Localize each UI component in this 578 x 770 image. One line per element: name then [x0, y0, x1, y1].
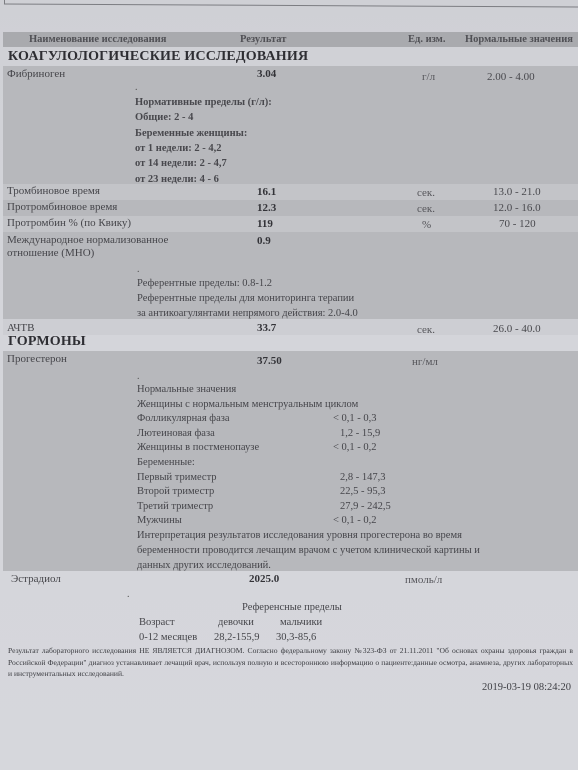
reference-note-line: Общие: 2 - 4: [135, 111, 193, 124]
test-result: 2025.0: [249, 573, 279, 586]
reference-note-line: Беременные женщины:: [135, 127, 247, 140]
ref-table-header: мальчики: [280, 616, 322, 629]
test-name: Эстрадиол: [11, 573, 61, 586]
header-result: Результат: [240, 33, 286, 46]
test-result: 16.1: [257, 186, 276, 199]
test-unit: нг/мл: [412, 356, 438, 369]
test-name: Фибриноген: [7, 68, 65, 81]
test-norm: 70 - 120: [499, 218, 536, 231]
reference-note-line: Нормативные пределы (г/л):: [135, 96, 272, 109]
test-name: Тромбиновое время: [7, 185, 100, 198]
test-unit: сек.: [417, 203, 435, 216]
estradiol-ref-title: Референсные пределы: [242, 601, 342, 614]
header-name: Наименование исследования: [29, 33, 166, 46]
reference-label: Второй триместр: [137, 485, 214, 498]
reference-value: < 0,1 - 0,2: [333, 514, 377, 527]
reference-label: Третий триместр: [137, 500, 213, 513]
ref-table-header: Возраст: [139, 616, 175, 629]
reference-value: 22,5 - 95,3: [340, 485, 386, 498]
reference-label: Беременные:: [137, 456, 195, 469]
reference-value: 2,8 - 147,3: [340, 471, 386, 484]
section-title-coagulology: КОАГУЛОЛОГИЧЕСКИЕ ИССЛЕДОВАНИЯ: [8, 49, 308, 65]
test-unit: пмоль/л: [405, 574, 442, 587]
reference-label: Фолликулярная фаза: [137, 412, 230, 425]
report-timestamp: 2019-03-19 08:24:20: [482, 682, 571, 693]
row-aptt: АЧТВ 33.7 сек. 26.0 - 40.0: [3, 319, 578, 335]
interpretation-line: беременности проводится лечащим врачом с…: [137, 544, 480, 557]
test-result: 0.9: [257, 235, 271, 248]
row-prothrombin-time: Протромбиновое время 12.3 сек. 12.0 - 16…: [3, 200, 578, 216]
test-norm: 12.0 - 16.0: [493, 202, 541, 215]
reference-label: Первый триместр: [137, 471, 217, 484]
reference-value: < 0,1 - 0,3: [333, 412, 377, 425]
reference-value: 1,2 - 15,9: [340, 427, 380, 440]
footer-disclaimer: Результат лабораторного исследования НЕ …: [8, 645, 573, 680]
test-norm: 13.0 - 21.0: [493, 186, 541, 199]
test-unit: сек.: [417, 324, 435, 337]
ref-table-cell: 0-12 месяцев: [139, 631, 197, 644]
test-name: Протромбин % (по Квику): [7, 217, 131, 230]
header-norm: Нормальные значения: [465, 33, 573, 46]
test-unit: г/л: [422, 71, 435, 84]
reference-label: Лютеиновая фаза: [137, 427, 215, 440]
test-norm: 2.00 - 4.00: [487, 71, 535, 84]
reference-note-line: от 14 недели: 2 - 4,7: [135, 157, 227, 170]
lab-report-page: Наименование исследования Результат Ед. …: [0, 0, 578, 770]
top-frame-border: [4, 0, 578, 8]
ref-table-cell: 28,2-155,9: [214, 631, 260, 644]
test-unit: сек.: [417, 187, 435, 200]
row-progesterone: Прогестерон 37.50 нг/мл . Нормальные зна…: [3, 351, 578, 571]
reference-label: Женщины в постменопаузе: [137, 441, 259, 454]
test-name-line1: Международное нормализованное: [7, 234, 168, 247]
test-unit: %: [422, 219, 431, 232]
header-unit: Ед. изм.: [408, 33, 445, 46]
reference-label: Нормальные значения: [137, 383, 236, 396]
interpretation-line: Интерпретация результатов исследования у…: [137, 529, 462, 542]
ref-table-header: девочки: [218, 616, 254, 629]
reference-note-line: Референтные пределы: 0.8-1.2: [137, 277, 272, 290]
test-name: Протромбиновое время: [7, 201, 117, 214]
reference-label: Женщины с нормальным менструальным цикло…: [137, 398, 358, 411]
ref-table-cell: 30,3-85,6: [276, 631, 316, 644]
test-name-line2: отношение (МНО): [7, 247, 94, 260]
test-result: 12.3: [257, 202, 276, 215]
test-norm: 26.0 - 40.0: [493, 323, 541, 336]
test-name: Прогестерон: [7, 353, 67, 366]
test-result: 119: [257, 218, 273, 231]
test-result: 37.50: [257, 355, 282, 368]
table-header: Наименование исследования Результат Ед. …: [3, 32, 578, 47]
row-fibrinogen: Фибриноген 3.04 г/л 2.00 - 4.00 . Нормат…: [3, 66, 578, 184]
test-result: 33.7: [257, 322, 276, 335]
row-thrombin-time: Тромбиновое время 16.1 сек. 13.0 - 21.0: [3, 184, 578, 200]
reference-value: < 0,1 - 0,2: [333, 441, 377, 454]
row-estradiol: Эстрадиол 2025.0 пмоль/л . Референсные п…: [3, 571, 578, 641]
reference-note-line: от 1 недели: 2 - 4,2: [135, 142, 222, 155]
reference-value: 27,9 - 242,5: [340, 500, 391, 513]
reference-note-line: Референтные пределы для мониторинга тера…: [137, 292, 354, 305]
test-result: 3.04: [257, 68, 276, 81]
row-inr: Международное нормализованное отношение …: [3, 232, 578, 319]
section-title-hormones: ГОРМОНЫ: [8, 334, 86, 350]
row-prothrombin-quick: Протромбин % (по Квику) 119 % 70 - 120: [3, 216, 578, 232]
reference-label: Мужчины: [137, 514, 182, 527]
